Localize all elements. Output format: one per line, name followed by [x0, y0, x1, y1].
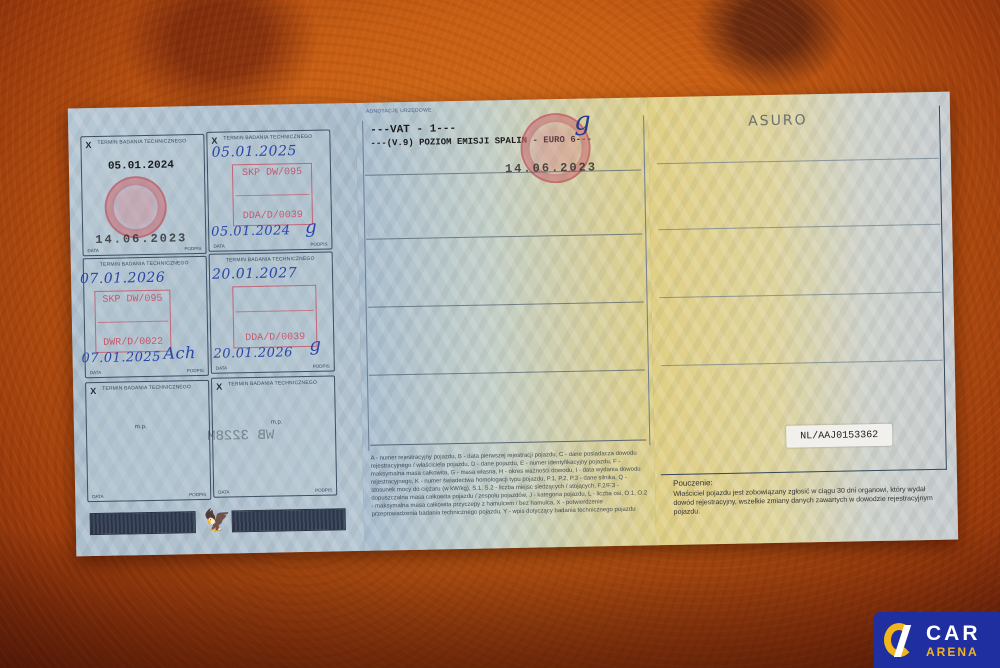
- bleed-through-text: WB 3228M: [207, 428, 275, 445]
- official-round-stamp: [104, 176, 167, 239]
- seal-placeholder: m.p.: [271, 419, 283, 425]
- inspection-box-1: X TERMIN BADANIA TECHNICZNEGO 05.01.2024…: [80, 134, 206, 256]
- logo-text-arena: ARENA: [926, 646, 981, 658]
- station-stamp: DDA/D/0039: [232, 285, 317, 349]
- inspection-box-5: X TERMIN BADANIA TECHNICZNEGO m.p. DATAP…: [85, 380, 211, 502]
- handwritten-inspection-date: 05.01.2024: [211, 223, 291, 240]
- inspection-panel: X TERMIN BADANIA TECHNICZNEGO 05.01.2024…: [68, 103, 366, 556]
- stamp-date: 14.06.2023: [95, 231, 187, 247]
- handwritten-next-date: 05.01.2025: [212, 143, 297, 161]
- notes-panel: ASURO NL/AAJ0153362 Pouczenie: Właścicie…: [648, 92, 959, 546]
- document-number-sticker: NL/AAJ0153362: [786, 424, 892, 448]
- car-arena-logo: CAR ARENA: [874, 612, 1000, 668]
- section-label: ADNOTACJE URZĘDOWE: [366, 108, 432, 115]
- notice-text: Właściciel pojazdu jest zobowiązany zgło…: [673, 485, 943, 517]
- stamp-date: 14.06.2023: [505, 160, 597, 176]
- handwritten-inspection-date: 20.01.2026: [213, 345, 293, 362]
- station-stamp: SKP DW/095 DDA/D/0039: [232, 163, 313, 227]
- notice-title: Pouczenie:: [673, 478, 713, 488]
- annotation-line-1: ---VAT - 1---: [370, 123, 456, 137]
- official-annotations-panel: ADNOTACJE URZĘDOWE ---VAT - 1--- ---(V.9…: [356, 97, 658, 551]
- inspection-box-3: TERMIN BADANIA TECHNICZNEGO 07.01.2026 S…: [83, 256, 209, 378]
- security-band-left: [90, 511, 196, 535]
- security-band-right: [232, 508, 346, 532]
- signature: g: [574, 106, 592, 136]
- pencil-note: ASURO: [748, 112, 808, 129]
- inspection-box-2: X TERMIN BADANIA TECHNICZNEGO 05.01.2025…: [206, 129, 332, 251]
- logo-text-car: CAR: [926, 623, 981, 644]
- field-legend: A - numer rejestracyjny pojazdu, B - dat…: [370, 449, 649, 518]
- seal-placeholder: m.p.: [135, 424, 147, 430]
- typed-date: 05.01.2024: [108, 159, 174, 172]
- signature: g: [305, 217, 317, 238]
- polish-eagle-icon: 🦅: [203, 507, 231, 534]
- station-stamp: SKP DW/095 DWR/D/0022: [94, 290, 171, 353]
- handwritten-inspection-date: 07.01.2025: [81, 350, 161, 367]
- car-arena-logo-icon: [884, 623, 916, 657]
- handwritten-next-date: 07.01.2026: [80, 270, 165, 288]
- registration-document: X TERMIN BADANIA TECHNICZNEGO 05.01.2024…: [68, 92, 958, 557]
- inspection-header: TERMIN BADANIA TECHNICZNEGO: [97, 138, 186, 146]
- inspection-box-4: TERMIN BADANIA TECHNICZNEGO 20.01.2027 D…: [209, 251, 335, 373]
- signature: g: [309, 335, 321, 356]
- signature: Ach: [163, 343, 196, 363]
- inspection-box-6: X TERMIN BADANIA TECHNICZNEGO m.p. WB 32…: [211, 375, 337, 497]
- handwritten-next-date: 20.01.2027: [212, 265, 297, 283]
